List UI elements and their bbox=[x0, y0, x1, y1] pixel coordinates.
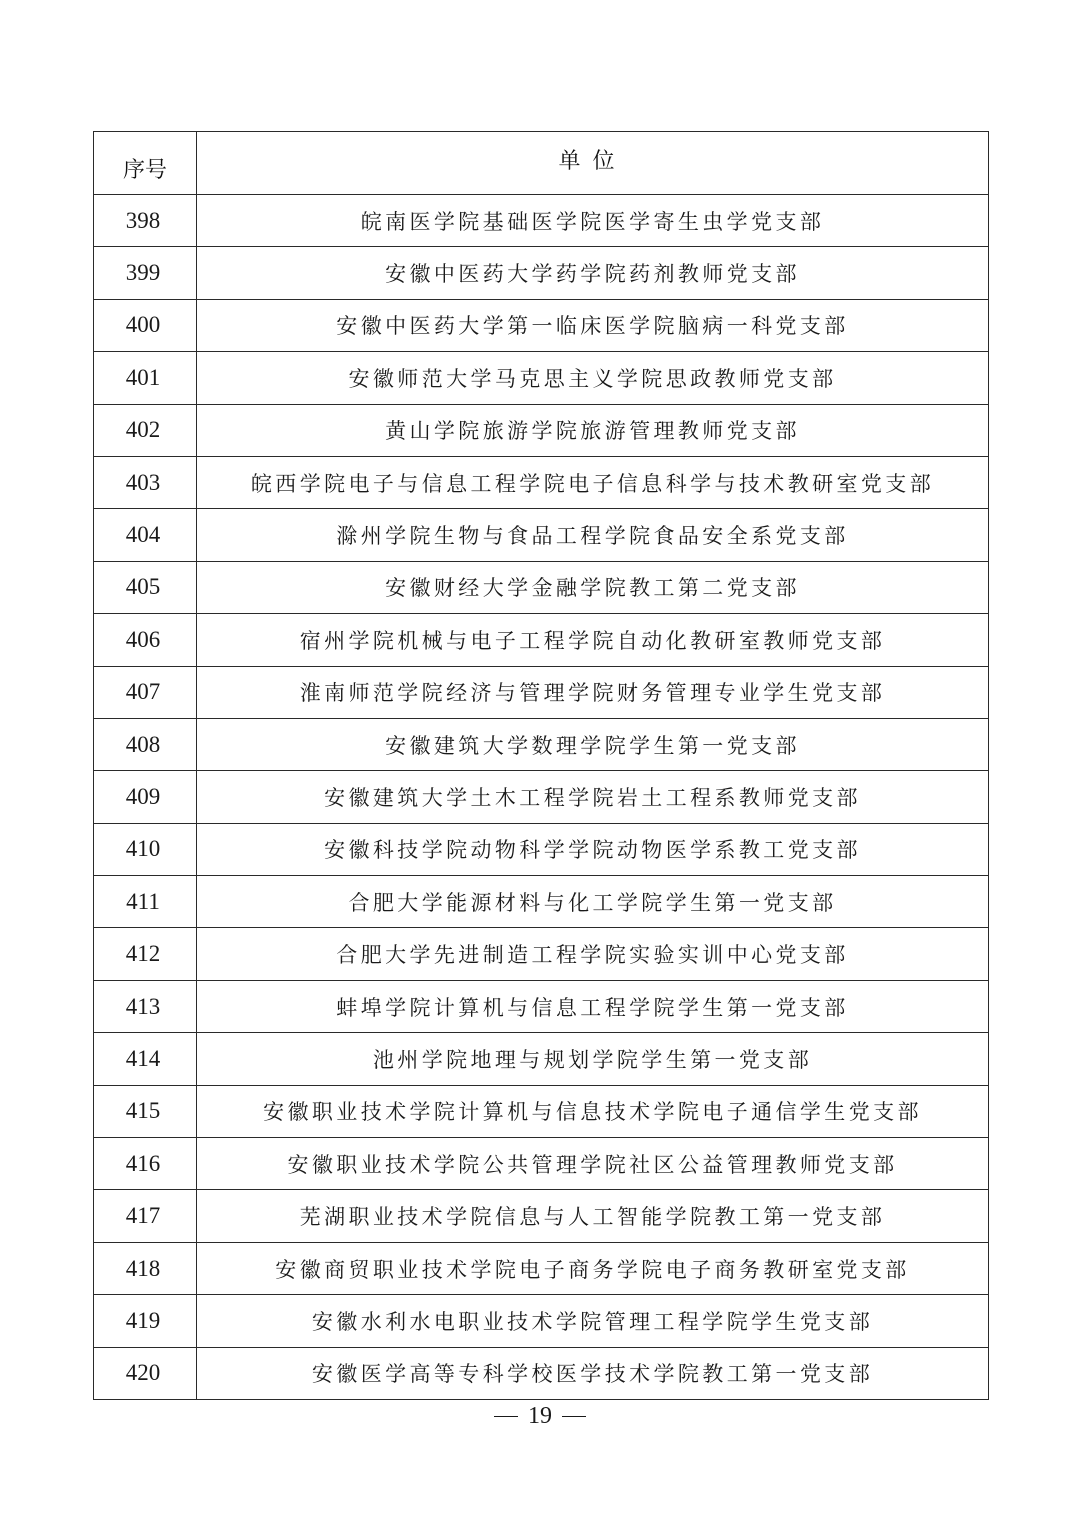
row-unit-name: 合肥大学先进制造工程学院实验实训中心党支部 bbox=[197, 928, 989, 980]
row-serial-number: 399 bbox=[94, 247, 197, 299]
row-unit-name: 蚌埠学院计算机与信息工程学院学生第一党支部 bbox=[197, 980, 989, 1032]
row-serial-number: 400 bbox=[94, 299, 197, 351]
table-row: 411合肥大学能源材料与化工学院学生第一党支部 bbox=[94, 876, 989, 928]
row-unit-name: 安徽师范大学马克思主义学院思政教师党支部 bbox=[197, 352, 989, 404]
table-row: 412合肥大学先进制造工程学院实验实训中心党支部 bbox=[94, 928, 989, 980]
row-unit-name: 安徽水利水电职业技术学院管理工程学院学生党支部 bbox=[197, 1295, 989, 1347]
row-serial-number: 406 bbox=[94, 614, 197, 666]
document-page: 序号 单位 398皖南医学院基础医学院医学寄生虫学党支部399安徽中医药大学药学… bbox=[0, 0, 1080, 1527]
table-row: 409安徽建筑大学土木工程学院岩土工程系教师党支部 bbox=[94, 771, 989, 823]
row-serial-number: 416 bbox=[94, 1138, 197, 1190]
row-serial-number: 411 bbox=[94, 876, 197, 928]
table-row: 402黄山学院旅游学院旅游管理教师党支部 bbox=[94, 404, 989, 456]
row-unit-name: 安徽商贸职业技术学院电子商务学院电子商务教研室党支部 bbox=[197, 1242, 989, 1294]
row-serial-number: 420 bbox=[94, 1347, 197, 1399]
row-unit-name: 芜湖职业技术学院信息与人工智能学院教工第一党支部 bbox=[197, 1190, 989, 1242]
table-body: 398皖南医学院基础医学院医学寄生虫学党支部399安徽中医药大学药学院药剂教师党… bbox=[94, 195, 989, 1400]
table-row: 405安徽财经大学金融学院教工第二党支部 bbox=[94, 561, 989, 613]
row-serial-number: 403 bbox=[94, 456, 197, 508]
row-unit-name: 滁州学院生物与食品工程学院食品安全系党支部 bbox=[197, 509, 989, 561]
table-row: 415安徽职业技术学院计算机与信息技术学院电子通信学生党支部 bbox=[94, 1085, 989, 1137]
row-serial-number: 409 bbox=[94, 771, 197, 823]
row-unit-name: 安徽建筑大学土木工程学院岩土工程系教师党支部 bbox=[197, 771, 989, 823]
dash-right bbox=[562, 1416, 586, 1417]
table-row: 401安徽师范大学马克思主义学院思政教师党支部 bbox=[94, 352, 989, 404]
row-unit-name: 安徽职业技术学院公共管理学院社区公益管理教师党支部 bbox=[197, 1138, 989, 1190]
table-row: 406宿州学院机械与电子工程学院自动化教研室教师党支部 bbox=[94, 614, 989, 666]
page-number-value: 19 bbox=[528, 1403, 552, 1429]
table-row: 417芜湖职业技术学院信息与人工智能学院教工第一党支部 bbox=[94, 1190, 989, 1242]
table-row: 404滁州学院生物与食品工程学院食品安全系党支部 bbox=[94, 509, 989, 561]
row-serial-number: 407 bbox=[94, 666, 197, 718]
table-row: 419安徽水利水电职业技术学院管理工程学院学生党支部 bbox=[94, 1295, 989, 1347]
row-unit-name: 安徽财经大学金融学院教工第二党支部 bbox=[197, 561, 989, 613]
table-row: 418安徽商贸职业技术学院电子商务学院电子商务教研室党支部 bbox=[94, 1242, 989, 1294]
row-unit-name: 安徽医学高等专科学校医学技术学院教工第一党支部 bbox=[197, 1347, 989, 1399]
page-number: 19 bbox=[0, 1403, 1080, 1430]
unit-list-table: 序号 单位 398皖南医学院基础医学院医学寄生虫学党支部399安徽中医药大学药学… bbox=[93, 131, 989, 1400]
table-row: 414池州学院地理与规划学院学生第一党支部 bbox=[94, 1033, 989, 1085]
table-row: 400安徽中医药大学第一临床医学院脑病一科党支部 bbox=[94, 299, 989, 351]
table-row: 407淮南师范学院经济与管理学院财务管理专业学生党支部 bbox=[94, 666, 989, 718]
row-unit-name: 池州学院地理与规划学院学生第一党支部 bbox=[197, 1033, 989, 1085]
row-serial-number: 414 bbox=[94, 1033, 197, 1085]
row-unit-name: 皖南医学院基础医学院医学寄生虫学党支部 bbox=[197, 195, 989, 247]
row-unit-name: 安徽职业技术学院计算机与信息技术学院电子通信学生党支部 bbox=[197, 1085, 989, 1137]
row-serial-number: 419 bbox=[94, 1295, 197, 1347]
row-serial-number: 408 bbox=[94, 718, 197, 770]
row-serial-number: 417 bbox=[94, 1190, 197, 1242]
table-row: 413蚌埠学院计算机与信息工程学院学生第一党支部 bbox=[94, 980, 989, 1032]
row-unit-name: 安徽科技学院动物科学学院动物医学系教工党支部 bbox=[197, 823, 989, 875]
table-row: 408安徽建筑大学数理学院学生第一党支部 bbox=[94, 718, 989, 770]
row-unit-name: 黄山学院旅游学院旅游管理教师党支部 bbox=[197, 404, 989, 456]
table-row: 399安徽中医药大学药学院药剂教师党支部 bbox=[94, 247, 989, 299]
dash-left bbox=[494, 1416, 518, 1417]
row-serial-number: 418 bbox=[94, 1242, 197, 1294]
row-unit-name: 宿州学院机械与电子工程学院自动化教研室教师党支部 bbox=[197, 614, 989, 666]
table-row: 416安徽职业技术学院公共管理学院社区公益管理教师党支部 bbox=[94, 1138, 989, 1190]
table-row: 420安徽医学高等专科学校医学技术学院教工第一党支部 bbox=[94, 1347, 989, 1399]
row-unit-name: 安徽中医药大学第一临床医学院脑病一科党支部 bbox=[197, 299, 989, 351]
row-unit-name: 安徽建筑大学数理学院学生第一党支部 bbox=[197, 718, 989, 770]
row-unit-name: 淮南师范学院经济与管理学院财务管理专业学生党支部 bbox=[197, 666, 989, 718]
table-row: 398皖南医学院基础医学院医学寄生虫学党支部 bbox=[94, 195, 989, 247]
row-unit-name: 安徽中医药大学药学院药剂教师党支部 bbox=[197, 247, 989, 299]
row-serial-number: 415 bbox=[94, 1085, 197, 1137]
row-unit-name: 合肥大学能源材料与化工学院学生第一党支部 bbox=[197, 876, 989, 928]
row-serial-number: 410 bbox=[94, 823, 197, 875]
row-serial-number: 412 bbox=[94, 928, 197, 980]
table-row: 410安徽科技学院动物科学学院动物医学系教工党支部 bbox=[94, 823, 989, 875]
row-serial-number: 405 bbox=[94, 561, 197, 613]
row-serial-number: 398 bbox=[94, 195, 197, 247]
row-serial-number: 401 bbox=[94, 352, 197, 404]
row-serial-number: 413 bbox=[94, 980, 197, 1032]
row-serial-number: 404 bbox=[94, 509, 197, 561]
table-row: 403皖西学院电子与信息工程学院电子信息科学与技术教研室党支部 bbox=[94, 456, 989, 508]
row-unit-name: 皖西学院电子与信息工程学院电子信息科学与技术教研室党支部 bbox=[197, 456, 989, 508]
header-unit: 单位 bbox=[197, 132, 989, 195]
table-header-row: 序号 单位 bbox=[94, 132, 989, 195]
row-serial-number: 402 bbox=[94, 404, 197, 456]
header-serial-number: 序号 bbox=[94, 132, 197, 195]
